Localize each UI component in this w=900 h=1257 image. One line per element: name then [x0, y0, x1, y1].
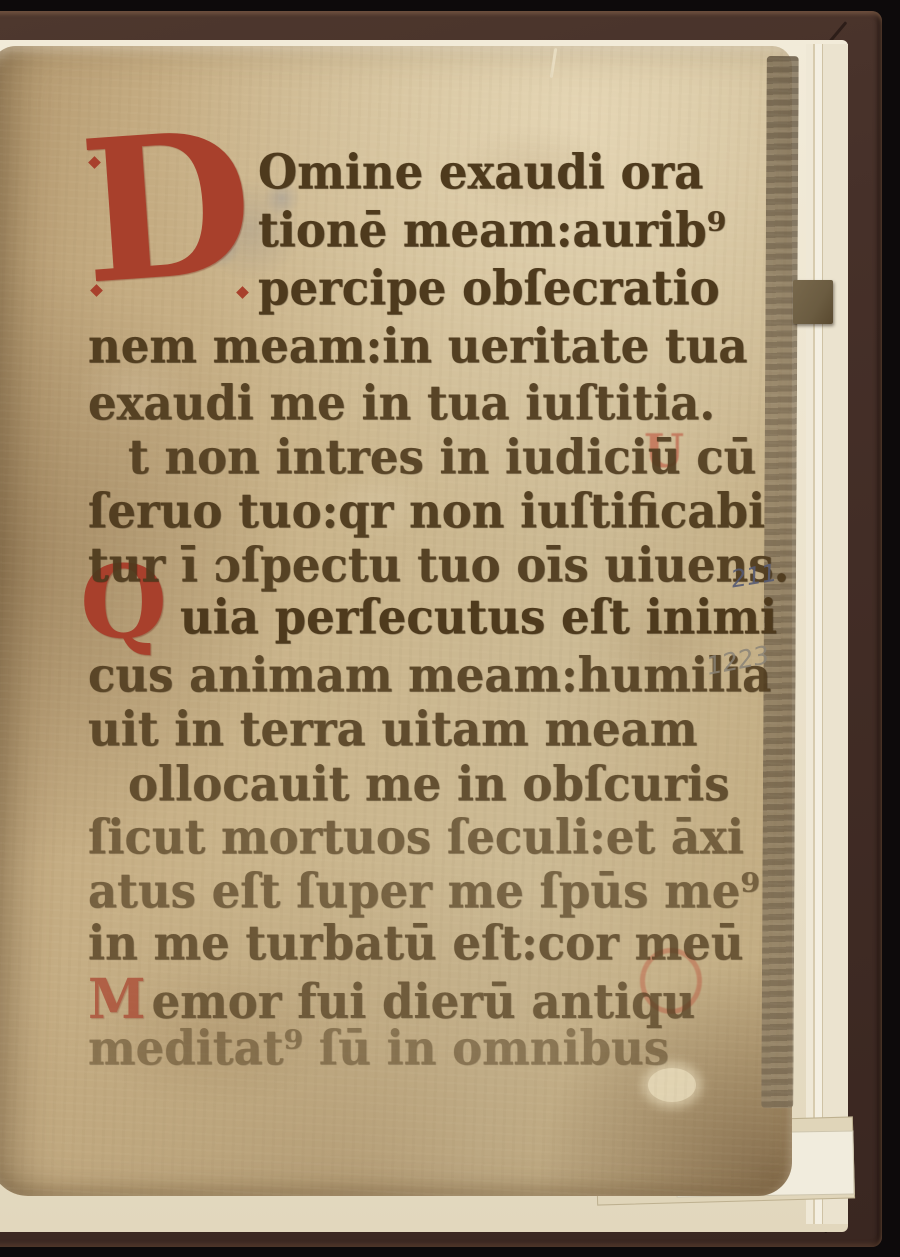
text-line: cus animam meam:humilia [88, 647, 771, 703]
text-line: Omine exaudi ora [88, 144, 703, 200]
text-line: ollocauit me in obſcuris [88, 756, 730, 812]
text-line: atus eſt ſuper me ſpūs me⁹ [88, 863, 760, 919]
text-line: t non intres in iudiciū cū [88, 429, 756, 485]
text-line: nem meam:in ueritate tua [88, 318, 748, 374]
text-line: tur ī ɔſpectu tuo oīs uiuens. [88, 537, 789, 593]
text-line: uia perſecutus eſt inimi [88, 589, 777, 645]
text-line: ſicut mortuos ſeculi:et āxi [88, 809, 744, 865]
text-line: exaudi me in tua iuſtitia. [88, 375, 715, 431]
text-line: in me turbatū eſt:cor meū [88, 915, 744, 971]
page-stack-edges [806, 44, 848, 1224]
manuscript-photo: D Q U Omine exaudi ora tionē meam:aurib⁹… [0, 0, 900, 1257]
text-line: ſeruo tuo:qr non iuſtificabi [88, 483, 765, 539]
leather-index-tab [793, 280, 833, 324]
text-line: tionē meam:aurib⁹ [88, 202, 726, 258]
text-line: uit in terra uitam meam [88, 701, 697, 757]
text-line: percipe obſecratio [88, 260, 720, 316]
text-line: meditat⁹ ſū in omnibus [88, 1020, 669, 1076]
